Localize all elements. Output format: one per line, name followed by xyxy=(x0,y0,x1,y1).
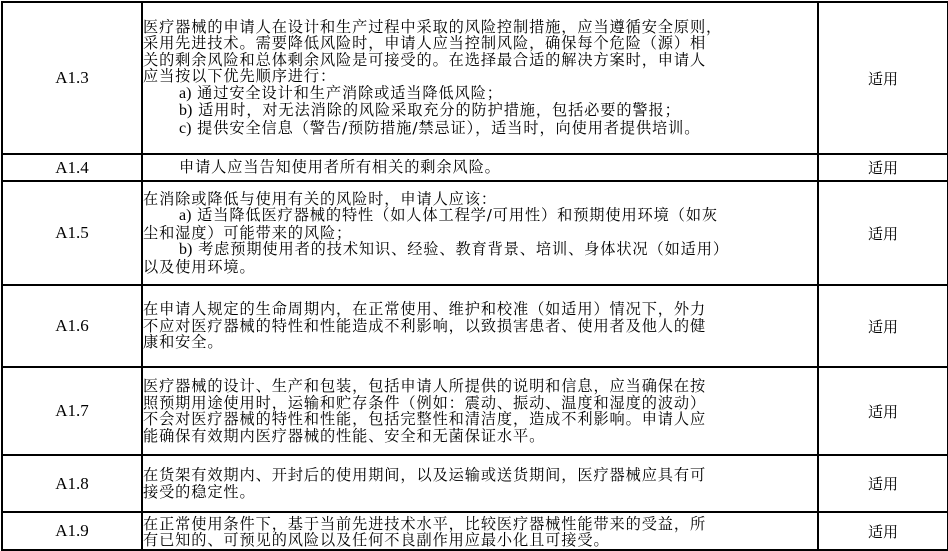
list-marker: b) xyxy=(179,102,192,119)
clause-id: A1.9 xyxy=(2,512,142,550)
list-item-text: 考虑预期使用者的技术知识、经验、教育背景、培训、身体状况（如适用） xyxy=(198,240,729,258)
list-item: c) 提供安全信息（警告/预防措施/禁忌证），适当时，向使用者提供培训。 xyxy=(143,120,817,138)
applicability-status: 适用 xyxy=(818,154,948,181)
text-line: 接受的稳定性。 xyxy=(143,484,817,501)
text-line: 在消除或降低与使用有关的风险时，申请人应该： xyxy=(143,191,817,208)
list-marker: b) xyxy=(179,241,192,258)
clause-id: A1.3 xyxy=(2,2,142,154)
requirements-table: A1.3 医疗器械的申请人在设计和生产过程中采取的风险控制措施，应当遵循安全原则… xyxy=(1,1,948,551)
text-line: 采用先进技术。需要降低风险时，申请人应当控制风险，确保每个危险（源）相 xyxy=(143,35,817,52)
table-row: A1.6 在申请人规定的生命周期内，在正常使用、维护和校准（如适用）情况下，外力… xyxy=(2,285,948,367)
applicability-status: 适用 xyxy=(818,455,948,512)
clause-id: A1.7 xyxy=(2,367,142,455)
applicability-status: 适用 xyxy=(818,512,948,550)
text-line: 有已知的、可预见的风险以及任何不良副作用应最小化且可接受。 xyxy=(143,532,817,549)
applicability-status: 适用 xyxy=(818,367,948,455)
list-item-continuation: 以及使用环境。 xyxy=(143,259,817,276)
table-row: A1.3 医疗器械的申请人在设计和生产过程中采取的风险控制措施，应当遵循安全原则… xyxy=(2,2,948,154)
clause-text: 医疗器械的设计、生产和包装，包括申请人所提供的说明和信息，应当确保在按 照预期用… xyxy=(142,367,818,455)
clause-text: 在正常使用条件下，基于当前先进技术水平，比较医疗器械性能带来的受益，所 有已知的… xyxy=(142,512,818,550)
table-row: A1.5 在消除或降低与使用有关的风险时，申请人应该： a) 适当降低医疗器械的… xyxy=(2,181,948,285)
clause-text: 申请人应当告知使用者所有相关的剩余风险。 xyxy=(142,154,818,181)
list-item-text: 适当降低医疗器械的特性（如人体工程学/可用性）和预期使用环境（如灰 xyxy=(197,206,718,224)
text-line: 能确保有效期内医疗器械的性能、安全和无菌保证水平。 xyxy=(143,428,817,445)
list-item-continuation: 尘和湿度）可能带来的风险； xyxy=(143,225,817,242)
text-line: 关的剩余风险和总体剩余风险是可接受的。在选择最合适的解决方案时，申请人 xyxy=(143,52,817,69)
text-line: 在货架有效期内、开封后的使用期间，以及运输或送货期间，医疗器械应具有可 xyxy=(143,467,817,484)
list-item: b) 考虑预期使用者的技术知识、经验、教育背景、培训、身体状况（如适用） xyxy=(143,241,817,259)
clause-id: A1.6 xyxy=(2,285,142,367)
applicability-status: 适用 xyxy=(818,181,948,285)
list-item: a) 适当降低医疗器械的特性（如人体工程学/可用性）和预期使用环境（如灰 xyxy=(143,207,817,225)
list-marker: a) xyxy=(179,85,191,102)
list-marker: a) xyxy=(179,207,191,224)
text-line: 在正常使用条件下，基于当前先进技术水平，比较医疗器械性能带来的受益，所 xyxy=(143,516,817,533)
clause-id: A1.5 xyxy=(2,181,142,285)
text-line: 在申请人规定的生命周期内，在正常使用、维护和校准（如适用）情况下，外力 xyxy=(143,301,817,318)
table-row: A1.9 在正常使用条件下，基于当前先进技术水平，比较医疗器械性能带来的受益，所… xyxy=(2,512,948,550)
text-line: 照预期用途使用时，运输和贮存条件（例如：震动、振动、温度和湿度的波动） xyxy=(143,395,817,412)
applicability-status: 适用 xyxy=(818,285,948,367)
clause-id: A1.8 xyxy=(2,455,142,512)
clause-text: 医疗器械的申请人在设计和生产过程中采取的风险控制措施，应当遵循安全原则， 采用先… xyxy=(142,2,818,154)
list-item: b) 适用时，对无法消除的风险采取充分的防护措施，包括必要的警报； xyxy=(143,102,817,120)
text-line: 申请人应当告知使用者所有相关的剩余风险。 xyxy=(143,159,817,176)
text-line: 康和安全。 xyxy=(143,334,817,351)
clause-text: 在货架有效期内、开封后的使用期间，以及运输或送货期间，医疗器械应具有可 接受的稳… xyxy=(142,455,818,512)
list-item: a) 通过安全设计和生产消除或适当降低风险； xyxy=(143,85,817,103)
list-item-text: 适用时，对无法消除的风险采取充分的防护措施，包括必要的警报； xyxy=(198,101,681,119)
text-line: 应当按以下优先顺序进行： xyxy=(143,68,817,85)
text-line: 医疗器械的设计、生产和包装，包括申请人所提供的说明和信息，应当确保在按 xyxy=(143,378,817,395)
list-marker: c) xyxy=(179,120,191,137)
text-line: 不会对医疗器械的特性和性能，包括完整性和清洁度，造成不利影响。申请人应 xyxy=(143,411,817,428)
table-row: A1.4 申请人应当告知使用者所有相关的剩余风险。 适用 xyxy=(2,154,948,181)
clause-id: A1.4 xyxy=(2,154,142,181)
applicability-status: 适用 xyxy=(818,2,948,154)
table-row: A1.7 医疗器械的设计、生产和包装，包括申请人所提供的说明和信息，应当确保在按… xyxy=(2,367,948,455)
clause-text: 在申请人规定的生命周期内，在正常使用、维护和校准（如适用）情况下，外力 不应对医… xyxy=(142,285,818,367)
list-item-text: 通过安全设计和生产消除或适当降低风险； xyxy=(197,84,503,102)
text-line: 医疗器械的申请人在设计和生产过程中采取的风险控制措施，应当遵循安全原则， xyxy=(143,19,817,36)
list-item-text: 提供安全信息（警告/预防措施/禁忌证），适当时，向使用者提供培训。 xyxy=(197,119,700,137)
clause-text: 在消除或降低与使用有关的风险时，申请人应该： a) 适当降低医疗器械的特性（如人… xyxy=(142,181,818,285)
table-row: A1.8 在货架有效期内、开封后的使用期间，以及运输或送货期间，医疗器械应具有可… xyxy=(2,455,948,512)
text-line: 不应对医疗器械的特性和性能造成不利影响，以致损害患者、使用者及他人的健 xyxy=(143,318,817,335)
